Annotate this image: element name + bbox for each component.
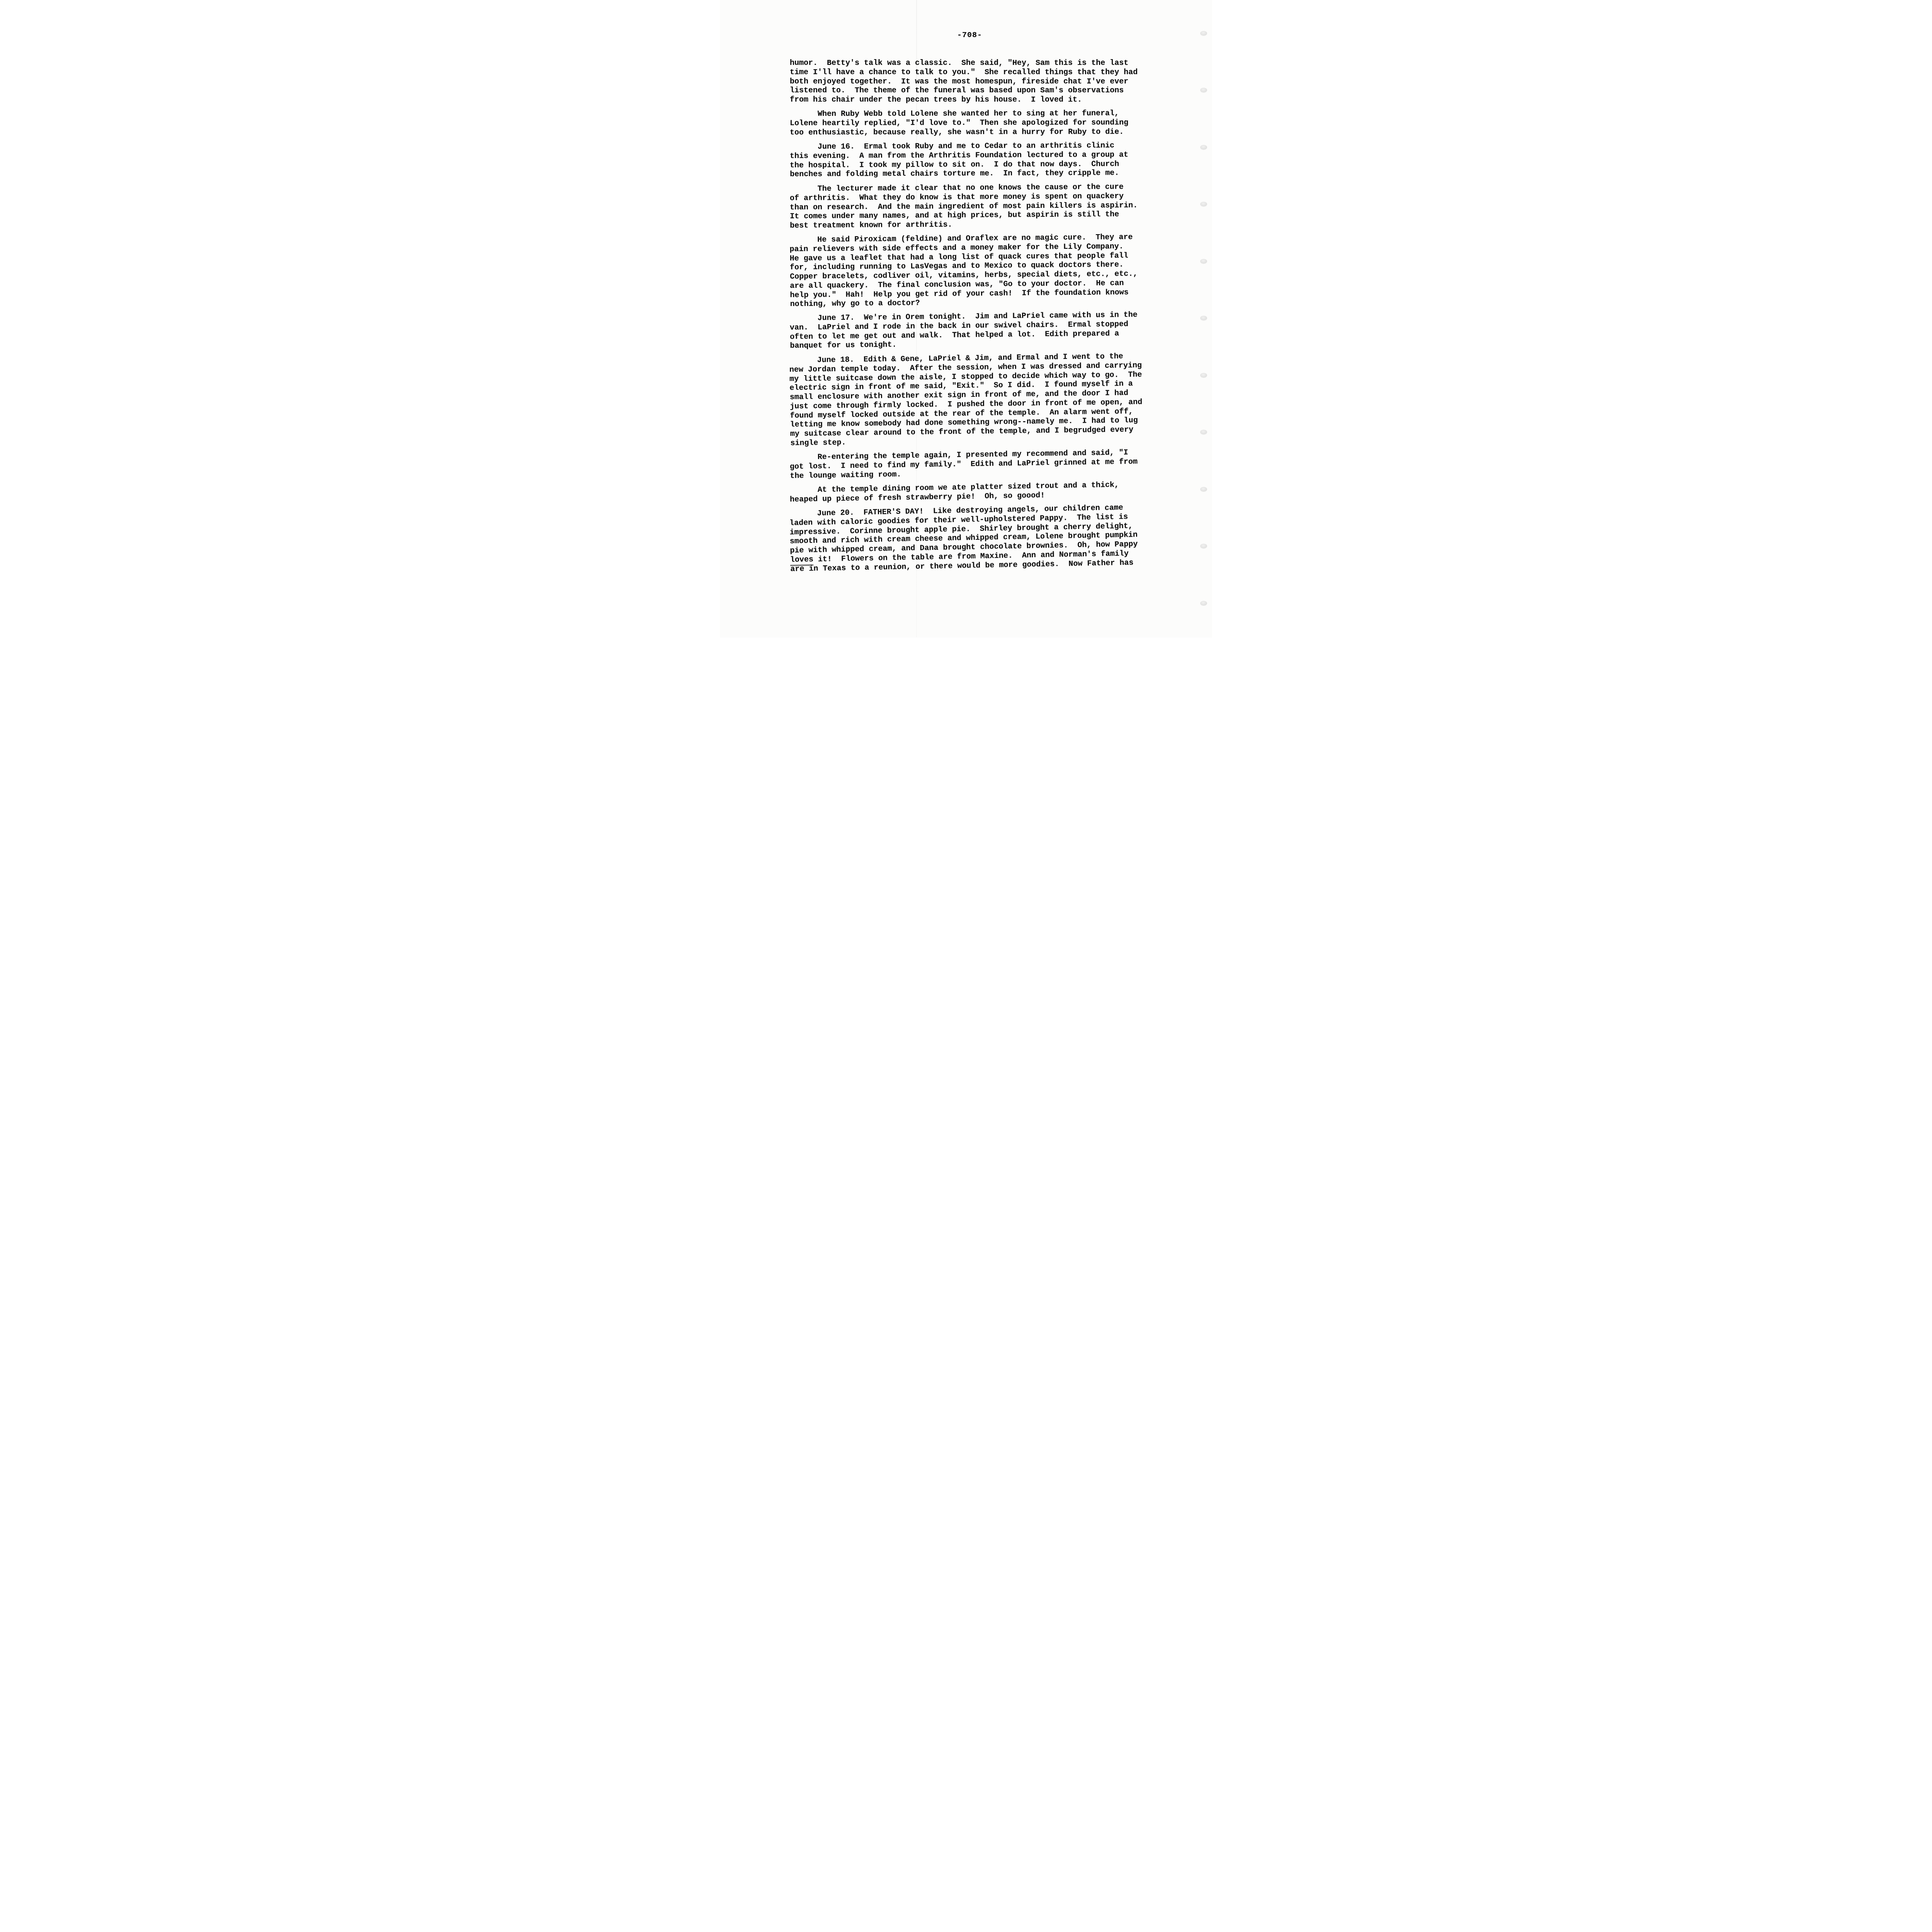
page-number: -708- <box>957 31 982 40</box>
punch-hole-mark <box>1200 145 1207 150</box>
punch-hole-mark <box>1200 259 1207 264</box>
document-page: -708- humor. Betty's talk was a classic.… <box>720 0 1212 638</box>
paragraph: When Ruby Webb told Lolene she wanted he… <box>790 109 1161 137</box>
punch-hole-mark <box>1200 544 1207 548</box>
punch-hole-mark <box>1200 31 1207 36</box>
paragraph: June 18. Edith & Gene, LaPriel & Jim, an… <box>789 352 1162 448</box>
punch-hole-mark <box>1200 430 1207 434</box>
document-text: humor. Betty's talk was a classic. She s… <box>790 59 1161 579</box>
paragraph: June 16. Ermal took Ruby and me to Cedar… <box>790 141 1161 179</box>
paragraph: He said Piroxicam (feldine) and Oraflex … <box>789 233 1161 309</box>
punch-hole-mark <box>1200 88 1207 92</box>
punch-hole-mark <box>1200 316 1207 320</box>
punch-hole-mark <box>1200 202 1207 206</box>
paragraph: Re-entering the temple again, I presente… <box>789 448 1161 481</box>
paragraph: June 20. FATHER'S DAY! Like destroying a… <box>789 502 1161 573</box>
paragraph: humor. Betty's talk was a classic. She s… <box>790 59 1161 105</box>
paragraph: June 17. We're in Orem tonight. Jim and … <box>790 310 1161 351</box>
punch-hole-mark <box>1200 373 1207 378</box>
punch-hole-mark <box>1200 487 1207 492</box>
paragraph: At the temple dining room we ate platter… <box>790 480 1161 504</box>
paragraph: The lecturer made it clear that no one k… <box>790 182 1161 230</box>
punch-hole-mark <box>1200 601 1207 605</box>
